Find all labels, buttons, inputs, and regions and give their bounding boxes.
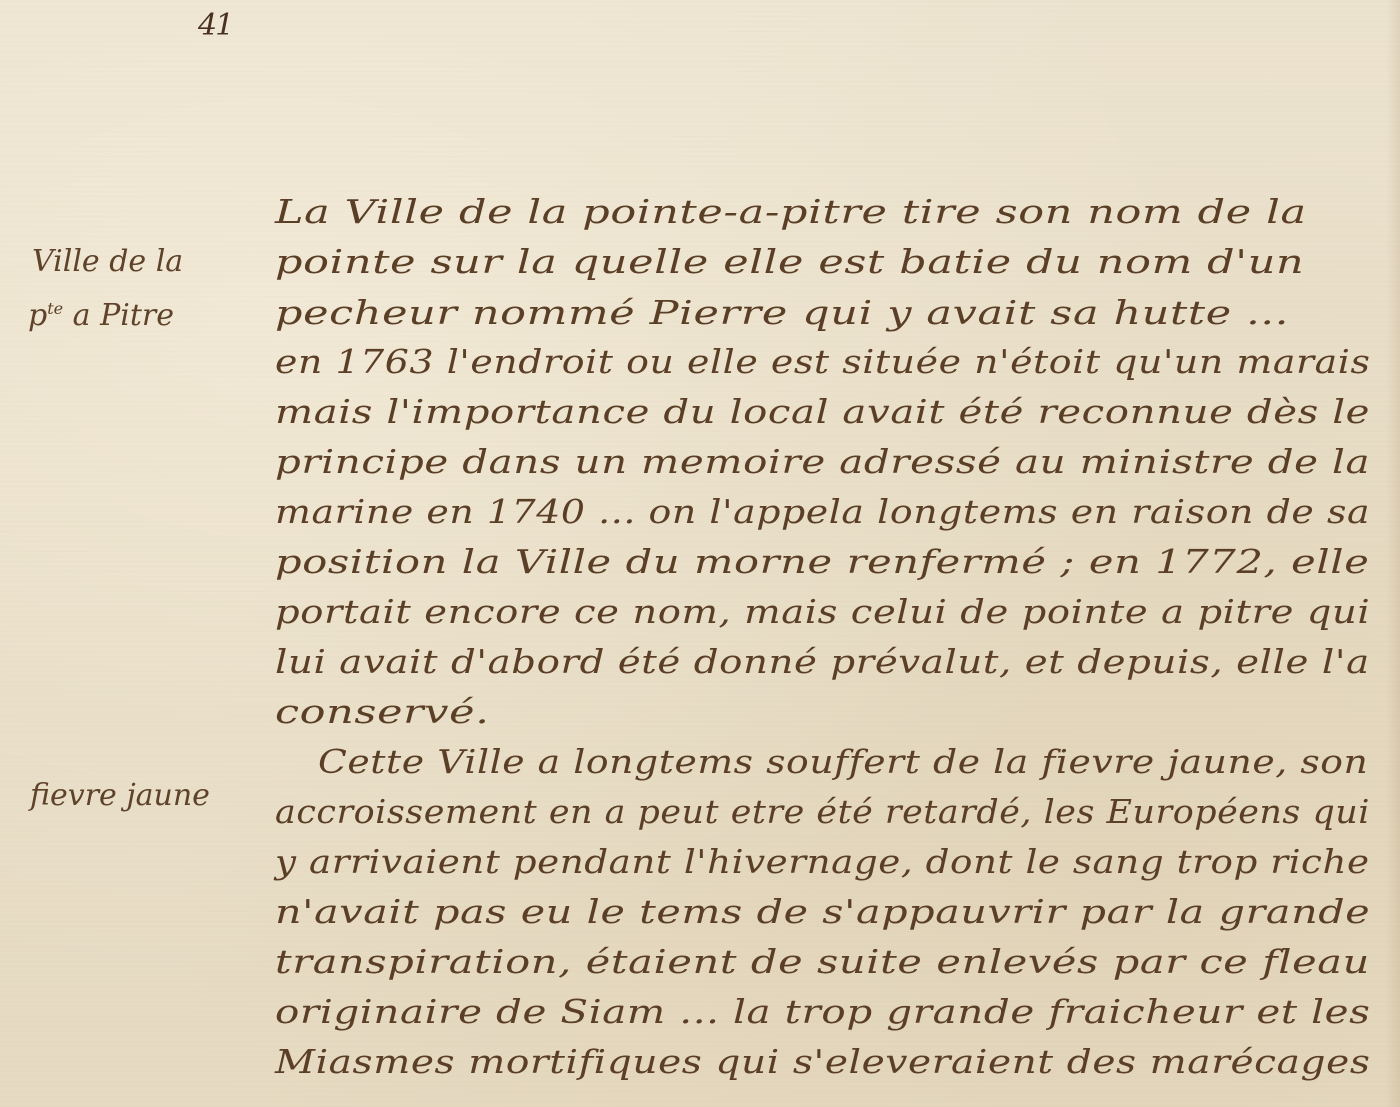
text-line-16: transpiration, étaient de suite enlevés … — [275, 942, 1370, 981]
margin-note-ville-title: Ville de la — [32, 244, 183, 279]
text-line-13: accroissement en a peut etre été retardé… — [275, 792, 1370, 831]
text-line-14: y arrivaient pendant l'hivernage, dont l… — [275, 842, 1370, 881]
manuscript-page: 41 Ville de la pte a Pitre fievre jaune … — [0, 0, 1400, 1107]
text-line-6: principe dans un memoire adressé au mini… — [275, 442, 1370, 481]
text-line-18: Miasmes mortifiques qui s'eleveraient de… — [275, 1042, 1370, 1081]
text-line-7: marine en 1740 ... on l'appela longtems … — [275, 492, 1370, 531]
margin-note-pointe-a-pitre: pte a Pitre — [28, 298, 174, 333]
text-line-11: conservé. — [275, 692, 490, 731]
text-line-8: position la Ville du morne renfermé ; en… — [275, 542, 1369, 581]
text-line-5: mais l'importance du local avait été rec… — [275, 392, 1370, 431]
text-line-1: La Ville de la pointe-a-pitre tire son n… — [275, 192, 1307, 231]
text-line-2: pointe sur la quelle elle est batie du n… — [275, 242, 1304, 281]
margin-note-abbrev: p — [28, 298, 47, 333]
text-line-9: portait encore ce nom, mais celui de poi… — [275, 592, 1370, 631]
page-edge-shadow — [1386, 0, 1400, 1107]
margin-note-superscript: te — [47, 299, 63, 318]
text-line-3: pecheur nommé Pierre qui y avait sa hutt… — [275, 293, 1289, 332]
text-line-10: lui avait d'abord été donné prévalut, et… — [275, 642, 1370, 681]
text-line-17: originaire de Siam ... la trop grande fr… — [275, 992, 1370, 1031]
text-line-4: en 1763 l'endroit ou elle est située n'é… — [275, 342, 1370, 381]
text-line-15: n'avait pas eu le tems de s'appauvrir pa… — [275, 892, 1370, 931]
page-number: 41 — [198, 8, 232, 43]
margin-note-fievre-jaune: fievre jaune — [30, 778, 210, 813]
margin-note-suffix: a Pitre — [63, 298, 174, 333]
text-line-12: Cette Ville a longtems souffert de la fi… — [318, 742, 1368, 781]
